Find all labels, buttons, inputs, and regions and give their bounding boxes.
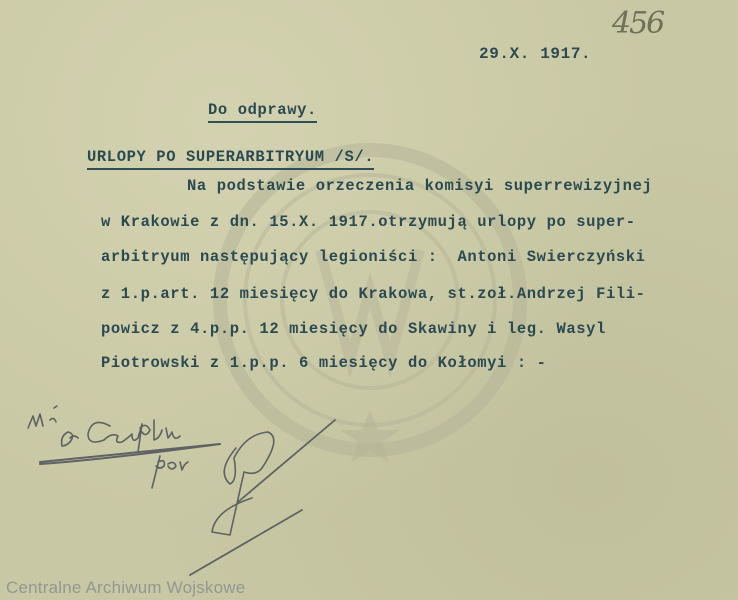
document-date: 29.X. 1917.	[479, 46, 591, 62]
body-line: w Krakowie z dn. 15.X. 1917.otrzymują ur…	[101, 215, 636, 231]
body-line: Piotrowski z 1.p.p. 6 miesięcy do Kołomy…	[101, 356, 547, 372]
document-heading: Do odprawy.	[208, 103, 317, 123]
signature-icon	[0, 380, 380, 580]
body-line: Na podstawie orzeczenia komisyi superrew…	[187, 179, 652, 195]
document-page: 456 29.X. 1917. Do odprawy. URLOPY PO SU…	[0, 0, 738, 600]
archive-watermark: Centralne Archiwum Wojskowe	[6, 578, 245, 598]
handwritten-page-number: 456	[612, 6, 663, 41]
body-line: arbitryum następujący legioniści : Anton…	[101, 250, 646, 266]
body-line: powicz z 4.p.p. 12 miesięcy do Skawiny i…	[101, 322, 606, 338]
document-subject: URLOPY PO SUPERARBITRYUM /S/.	[87, 150, 374, 170]
body-line: z 1.p.art. 12 miesięcy do Krakowa, st.zo…	[101, 287, 646, 303]
